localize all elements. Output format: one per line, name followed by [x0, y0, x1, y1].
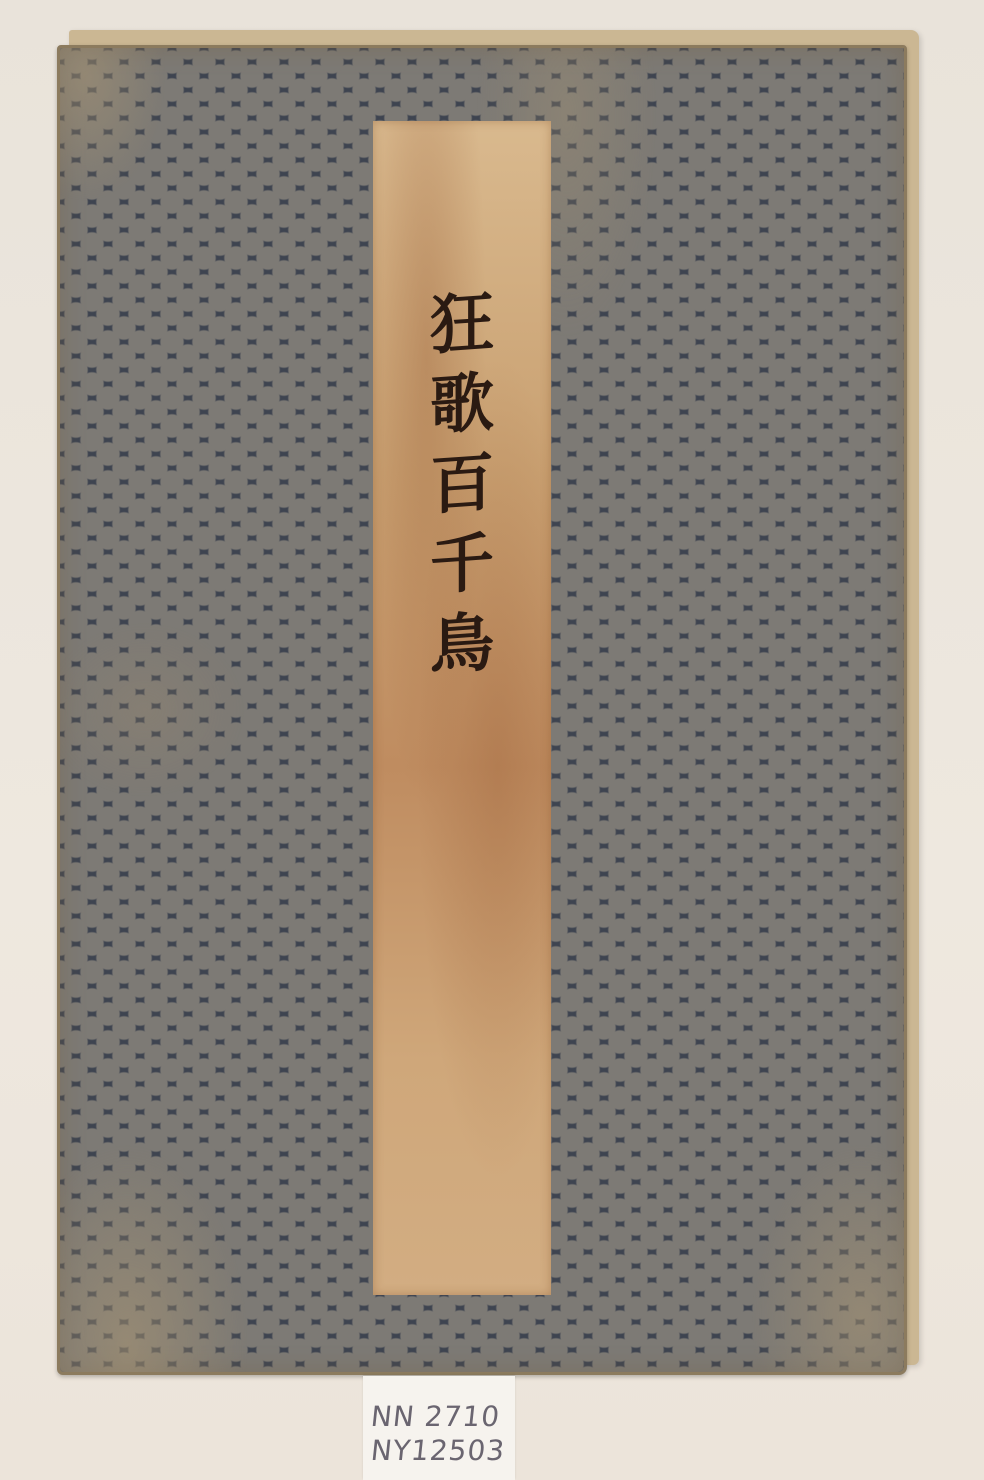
- book: 狂 歌 百 千 鳥: [57, 30, 927, 1390]
- catalog-number-2: NY12503: [369, 1434, 507, 1467]
- catalog-number-1: NN 2710: [369, 1400, 502, 1433]
- title-char: 鳥: [430, 611, 494, 679]
- title-slip: 狂 歌 百 千 鳥: [373, 121, 551, 1295]
- title-char: 百: [430, 451, 494, 519]
- title-char: 狂: [430, 291, 494, 359]
- title-char: 歌: [430, 371, 494, 439]
- book-cover: 狂 歌 百 千 鳥: [57, 45, 907, 1375]
- title-calligraphy: 狂 歌 百 千 鳥: [373, 293, 551, 677]
- title-char: 千: [430, 531, 494, 599]
- catalog-label: NN 2710 NY12503: [363, 1376, 515, 1480]
